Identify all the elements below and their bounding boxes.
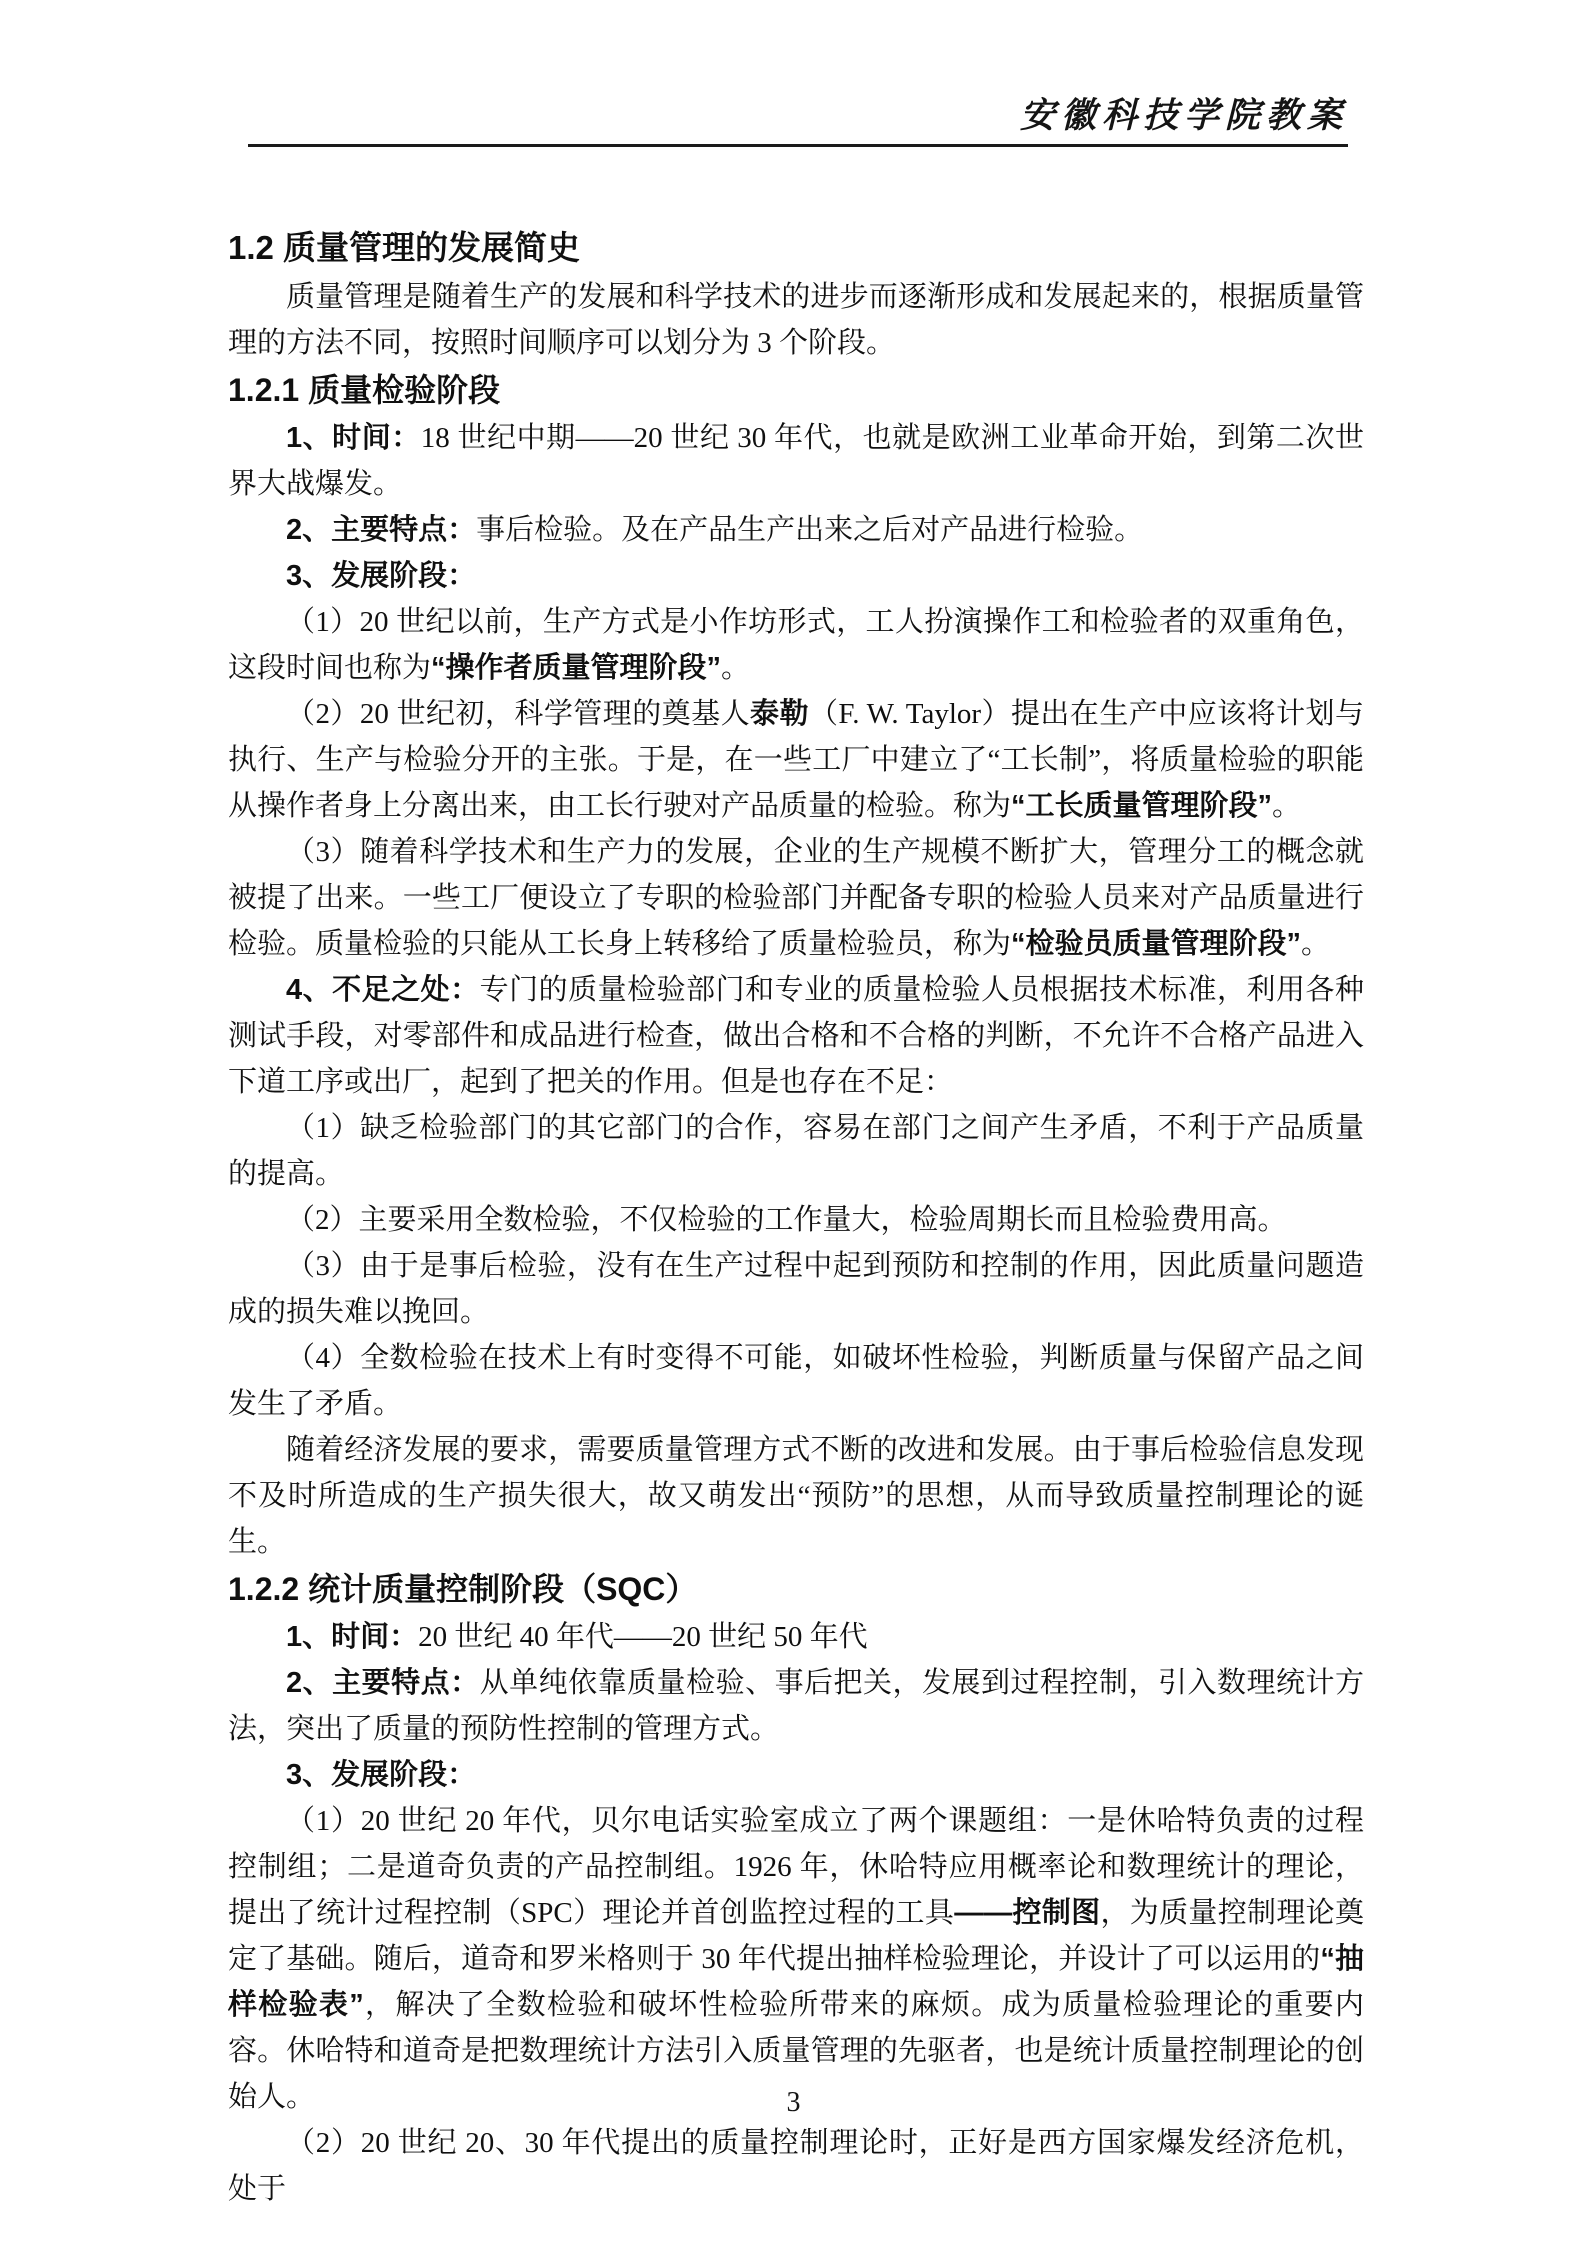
text-run: 事后检验。及在产品生产出来之后对产品进行检验。 xyxy=(476,514,1143,546)
institution-header-title: 安徽科技学院教案 xyxy=(1020,90,1348,142)
paragraph: （2）主要采用全数检验，不仅检验的工作量大，检验周期长而且检验费用高。 xyxy=(228,1197,1364,1243)
page-number: 3 xyxy=(787,2087,801,2118)
section-heading: 1.2 质量管理的发展简史 xyxy=(228,222,1364,274)
emphasis-text-run: 4、不足之处： xyxy=(286,974,480,1006)
paragraph: 4、不足之处：专门的质量检验部门和专业的质量检验人员根据技术标准，利用各种测试手… xyxy=(228,967,1364,1105)
text-run: 质量管理是随着生产的发展和科学技术的进步而逐渐形成和发展起来的，根据质量管理的方… xyxy=(228,281,1364,359)
paragraph: 2、主要特点：从单纯依靠质量检验、事后把关，发展到过程控制，引入数理统计方法，突… xyxy=(228,1660,1364,1752)
text-run: （4）全数检验在技术上有时变得不可能，如破坏性检验，判断质量与保留产品之间发生了… xyxy=(228,1342,1364,1420)
emphasis-text-run: ——控制图 xyxy=(954,1897,1100,1929)
paragraph: （3）随着科学技术和生产力的发展，企业的生产规模不断扩大，管理分工的概念就被提了… xyxy=(228,829,1364,967)
emphasis-text-run: 1.2.1 质量检验阶段 xyxy=(228,372,500,408)
paragraph: （1）20 世纪以前，生产方式是小作坊形式，工人扮演操作工和检验者的双重角色，这… xyxy=(228,599,1364,691)
paragraph: 质量管理是随着生产的发展和科学技术的进步而逐渐形成和发展起来的，根据质量管理的方… xyxy=(228,274,1364,366)
text-run: （2）主要采用全数检验，不仅检验的工作量大，检验周期长而且检验费用高。 xyxy=(286,1204,1287,1236)
text-run: 。 xyxy=(1272,790,1301,822)
text-run: 随着经济发展的要求，需要质量管理方式不断的改进和发展。由于事后检验信息发现不及时… xyxy=(228,1434,1364,1558)
page-footer: 3 xyxy=(0,2085,1587,2121)
page-header: 安徽科技学院教案 xyxy=(248,90,1348,147)
emphasis-text-run: 1.2.2 统计质量控制阶段（SQC） xyxy=(228,1571,697,1607)
paragraph: 1、时间：18 世纪中期——20 世纪 30 年代，也就是欧洲工业革命开始，到第… xyxy=(228,415,1364,507)
document-body: 1.2 质量管理的发展简史质量管理是随着生产的发展和科学技术的进步而逐渐形成和发… xyxy=(228,222,1364,2212)
paragraph: （3）由于是事后检验，没有在生产过程中起到预防和控制的作用，因此质量问题造成的损… xyxy=(228,1243,1364,1335)
document-page: 安徽科技学院教案 1.2 质量管理的发展简史质量管理是随着生产的发展和科学技术的… xyxy=(0,0,1587,2245)
paragraph: 随着经济发展的要求，需要质量管理方式不断的改进和发展。由于事后检验信息发现不及时… xyxy=(228,1427,1364,1565)
paragraph: （1）20 世纪 20 年代，贝尔电话实验室成立了两个课题组：一是休哈特负责的过… xyxy=(228,1798,1364,2120)
paragraph: （2）20 世纪初，科学管理的奠基人泰勒（F. W. Taylor）提出在生产中… xyxy=(228,691,1364,829)
text-run: （2）20 世纪初，科学管理的奠基人 xyxy=(286,698,750,730)
text-run: 。 xyxy=(721,652,750,684)
paragraph: （1）缺乏检验部门的其它部门的合作，容易在部门之间产生矛盾，不利于产品质量的提高… xyxy=(228,1105,1364,1197)
emphasis-text-run: 3、发展阶段： xyxy=(286,560,476,592)
emphasis-text-run: 3、发展阶段： xyxy=(286,1759,476,1791)
emphasis-text-run: 2、主要特点： xyxy=(286,514,476,546)
emphasis-text-run: 1、时间： xyxy=(286,422,421,454)
paragraph: （4）全数检验在技术上有时变得不可能，如破坏性检验，判断质量与保留产品之间发生了… xyxy=(228,1335,1364,1427)
text-run: （3）由于是事后检验，没有在生产过程中起到预防和控制的作用，因此质量问题造成的损… xyxy=(228,1250,1364,1328)
section-heading: 1.2.2 统计质量控制阶段（SQC） xyxy=(228,1565,1364,1614)
paragraph: 3、发展阶段： xyxy=(228,1752,1364,1798)
emphasis-text-run: 1.2 质量管理的发展简史 xyxy=(228,229,580,266)
paragraph: （2）20 世纪 20、30 年代提出的质量控制理论时，正好是西方国家爆发经济危… xyxy=(228,2120,1364,2212)
text-run: （1）20 世纪以前，生产方式是小作坊形式，工人扮演操作工和检验者的双重角色，这… xyxy=(228,606,1364,684)
text-run: 。 xyxy=(1301,928,1330,960)
paragraph: 3、发展阶段： xyxy=(228,553,1364,599)
text-run: 20 世纪 40 年代——20 世纪 50 年代 xyxy=(418,1621,868,1653)
emphasis-text-run: “工长质量管理阶段” xyxy=(1011,790,1272,822)
emphasis-text-run: 泰勒 xyxy=(750,698,809,730)
paragraph: 2、主要特点：事后检验。及在产品生产出来之后对产品进行检验。 xyxy=(228,507,1364,553)
text-run: （2）20 世纪 20、30 年代提出的质量控制理论时，正好是西方国家爆发经济危… xyxy=(228,2127,1364,2205)
emphasis-text-run: 2、主要特点： xyxy=(286,1667,480,1699)
emphasis-text-run: 1、时间： xyxy=(286,1621,418,1653)
emphasis-text-run: “操作者质量管理阶段” xyxy=(431,652,721,684)
text-run: （1）缺乏检验部门的其它部门的合作，容易在部门之间产生矛盾，不利于产品质量的提高… xyxy=(228,1112,1364,1190)
paragraph: 1、时间：20 世纪 40 年代——20 世纪 50 年代 xyxy=(228,1614,1364,1660)
section-heading: 1.2.1 质量检验阶段 xyxy=(228,366,1364,415)
emphasis-text-run: “检验员质量管理阶段” xyxy=(1011,928,1301,960)
